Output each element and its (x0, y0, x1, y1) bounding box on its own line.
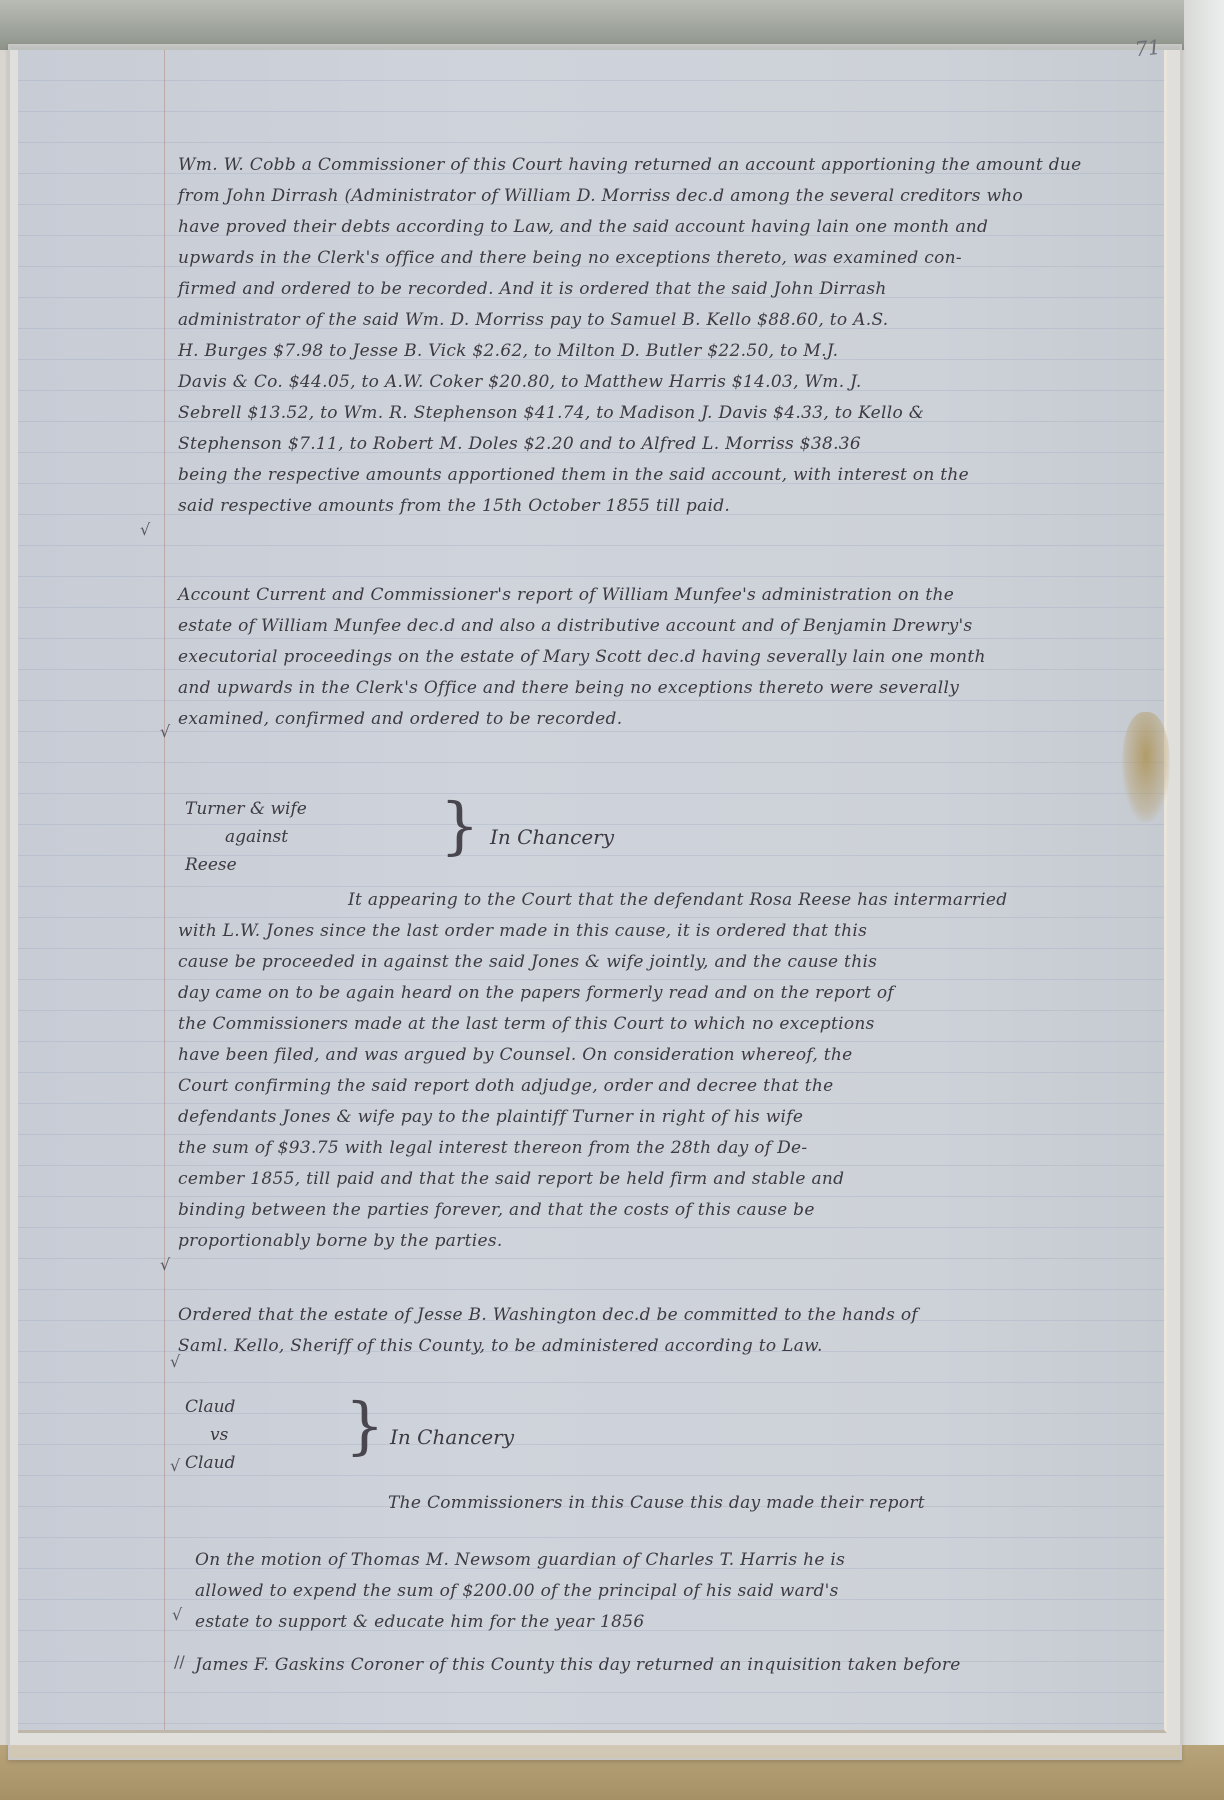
entry-line: allowed to expend the sum of $200.00 of … (195, 1576, 1185, 1607)
entry-line: binding between the parties forever, and… (178, 1195, 1168, 1226)
backdrop-top (0, 0, 1224, 50)
entry-line: have been filed, and was argued by Couns… (178, 1040, 1168, 1071)
margin-checkmark: √ (170, 1352, 180, 1371)
entry-gaskins-coroner: James F. Gaskins Coroner of this County … (195, 1650, 1185, 1681)
caption-defendant: Claud (185, 1449, 235, 1477)
entry-line: Court confirming the said report doth ad… (178, 1071, 1168, 1102)
entry-turner-v-reese: It appearing to the Court that the defen… (178, 885, 1168, 1257)
entry-line: Saml. Kello, Sheriff of this County, to … (178, 1331, 1168, 1362)
caption-brace: } (345, 1395, 384, 1457)
entry-line: with L.W. Jones since the last order mad… (178, 916, 1168, 947)
entry-line: the sum of $93.75 with legal interest th… (178, 1133, 1168, 1164)
case-caption-turner-v-reese: Turner & wife against Reese (185, 795, 307, 879)
entry-line: James F. Gaskins Coroner of this County … (195, 1650, 1185, 1681)
caption-brace: } (440, 795, 479, 857)
entry-line: estate to support & educate him for the … (195, 1607, 1185, 1638)
caption-plaintiff: Claud (185, 1393, 235, 1421)
entry-claud-v-claud: The Commissioners in this Cause this day… (388, 1488, 1148, 1519)
page-number: 71 (1134, 35, 1162, 62)
caption-versus: vs (185, 1421, 235, 1449)
entry-line: estate of William Munfee dec.d and also … (178, 611, 1168, 642)
margin-checkmark: √ (170, 1456, 180, 1475)
entry-line: executorial proceedings on the estate of… (178, 642, 1168, 673)
entry-line: Ordered that the estate of Jesse B. Wash… (178, 1300, 1168, 1331)
entry-line: H. Burges $7.98 to Jesse B. Vick $2.62, … (178, 336, 1168, 367)
entry-line: Account Current and Commissioner's repor… (178, 580, 1168, 611)
entry-line: firmed and ordered to be recorded. And i… (178, 274, 1168, 305)
entry-line: said respective amounts from the 15th Oc… (178, 491, 1168, 522)
entry-line: Stephenson $7.11, to Robert M. Doles $2.… (178, 429, 1168, 460)
case-caption-claud-v-claud: Claud vs Claud (185, 1393, 235, 1477)
caption-defendant: Reese (185, 851, 307, 879)
entry-line: cause be proceeded in against the said J… (178, 947, 1168, 978)
margin-checkmark: √ (172, 1605, 182, 1624)
entry-line: Wm. W. Cobb a Commissioner of this Court… (178, 150, 1168, 181)
court-label: In Chancery (390, 1425, 514, 1449)
entry-line: Davis & Co. $44.05, to A.W. Coker $20.80… (178, 367, 1168, 398)
entry-line: upwards in the Clerk's office and there … (178, 243, 1168, 274)
entry-newsom-guardian: On the motion of Thomas M. Newsom guardi… (195, 1545, 1185, 1638)
entry-line: On the motion of Thomas M. Newsom guardi… (195, 1545, 1185, 1576)
entry-line: being the respective amounts apportioned… (178, 460, 1168, 491)
entry-line: have proved their debts according to Law… (178, 212, 1168, 243)
entry-line: administrator of the said Wm. D. Morriss… (178, 305, 1168, 336)
entry-line: It appearing to the Court that the defen… (178, 885, 1168, 916)
entry-line: the Commissioners made at the last term … (178, 1009, 1168, 1040)
margin-checkmark: √ (160, 722, 170, 741)
entry-line: proportionably borne by the parties. (178, 1226, 1168, 1257)
margin-rule (164, 50, 165, 1730)
margin-double-mark: // (174, 1652, 185, 1671)
caption-plaintiff: Turner & wife (185, 795, 307, 823)
entry-cobb-commissioner-report: Wm. W. Cobb a Commissioner of this Court… (178, 150, 1168, 522)
entry-line: The Commissioners in this Cause this day… (388, 1488, 1148, 1519)
entry-line: defendants Jones & wife pay to the plain… (178, 1102, 1168, 1133)
entry-line: cember 1855, till paid and that the said… (178, 1164, 1168, 1195)
entry-munfee-account-current: Account Current and Commissioner's repor… (178, 580, 1168, 735)
margin-checkmark: √ (160, 1255, 170, 1274)
margin-checkmark: √ (140, 520, 150, 539)
entry-line: day came on to be again heard on the pap… (178, 978, 1168, 1009)
backdrop-right (1184, 0, 1224, 1800)
entry-line: examined, confirmed and ordered to be re… (178, 704, 1168, 735)
entry-line: from John Dirrash (Administrator of Will… (178, 181, 1168, 212)
court-label: In Chancery (490, 825, 614, 849)
entry-line: and upwards in the Clerk's Office and th… (178, 673, 1168, 704)
caption-versus: against (185, 823, 307, 851)
entry-line: Sebrell $13.52, to Wm. R. Stephenson $41… (178, 398, 1168, 429)
entry-washington-estate: Ordered that the estate of Jesse B. Wash… (178, 1300, 1168, 1362)
